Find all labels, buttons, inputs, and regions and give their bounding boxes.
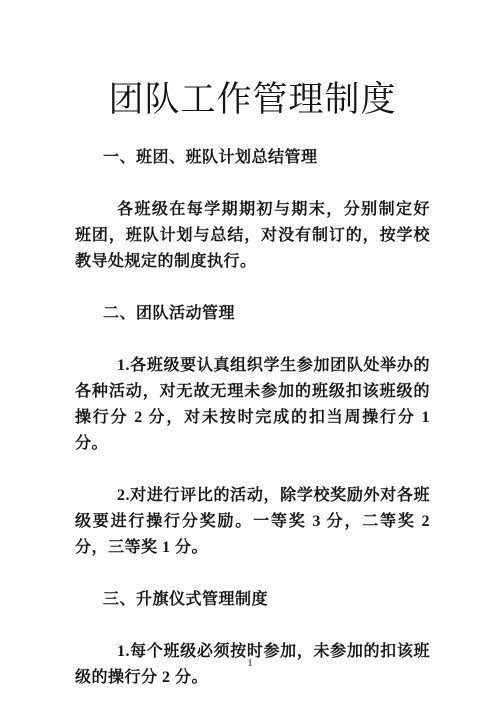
document-page: 团队工作管理制度 一、班团、班队计划总结管理 各班级在每学期期初与期末，分别制定… [0,0,500,707]
paragraph-2: 1.各班级要认真组织学生参加团队处举办的各种活动，对无故无理未参加的班级扣该班级… [75,353,430,457]
paragraph-1: 各班级在每学期期初与期末，分别制定好班团，班队计划与总结，对没有制订的，按学校教… [75,197,430,275]
page-number: 1 [0,657,500,669]
section-heading-2: 二、团队活动管理 [75,301,430,327]
paragraph-3: 2.对进行评比的活动，除学校奖励外对各班级要进行操行分奖励。一等奖 3 分，二等… [75,483,430,561]
document-title: 团队工作管理制度 [75,76,430,124]
document-content: 团队工作管理制度 一、班团、班队计划总结管理 各班级在每学期期初与期末，分别制定… [0,76,500,691]
section-heading-1: 一、班团、班队计划总结管理 [75,145,430,171]
section-heading-3: 三、升旗仪式管理制度 [75,587,430,613]
